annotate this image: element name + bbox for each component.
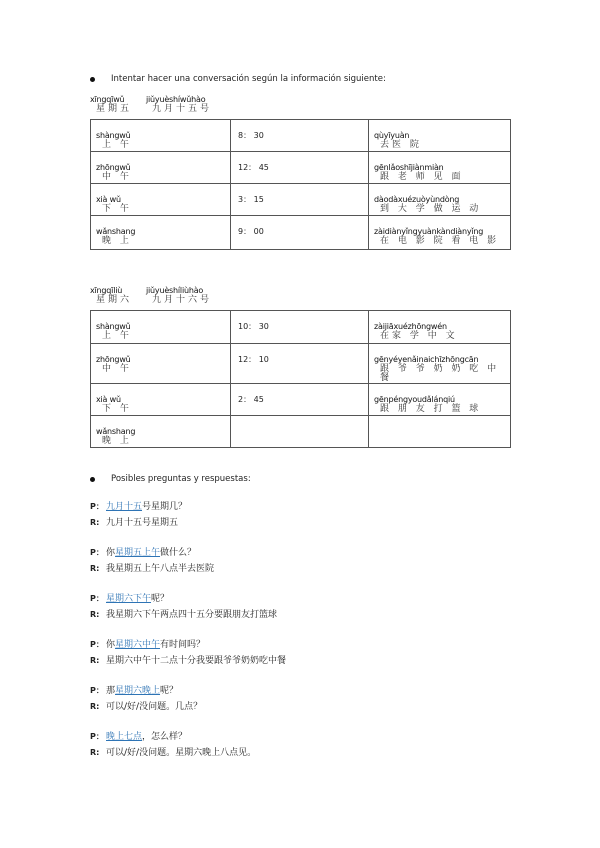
table-row: xià wǔ下 午 2： 45 gēnpéngyoudǎlánqiú跟 朋 友 … <box>91 384 511 416</box>
answer: R:星期六中午十二点十分我要跟爷爷奶奶吃中餐 <box>90 653 286 669</box>
qa-list: P：九月十五号星期几？ R:九月十五号星期五 P：你星期五上午做什么？ R:我星… <box>90 499 286 775</box>
table-row: zhōngwǔ中 午 12： 10 gēnyéyenǎinaichīzhōngc… <box>91 344 511 384</box>
activity-cell <box>369 416 511 448</box>
qa-item: P：你星期五上午做什么？ R:我星期五上午八点半去医院 <box>90 545 286 577</box>
answer: R:可以/好/没问题。几点？ <box>90 699 286 715</box>
question-link[interactable]: 九月十五 <box>106 502 142 512</box>
qa-bullet: Posibles preguntas y respuestas: <box>90 474 251 484</box>
answer: R:我星期六下午两点四十五分要跟朋友打篮球 <box>90 607 286 623</box>
activity-cell: gēnpéngyoudǎlánqiú跟 朋 友 打 篮 球 <box>369 384 511 416</box>
activity-cell: dàodàxuézuòyùndòng到 大 学 做 运 动 <box>369 184 511 216</box>
day-label: xīngqīwǔ 星期五 <box>90 96 132 114</box>
question-link[interactable]: 星期六晚上 <box>115 686 160 696</box>
question: P：那星期六晚上呢？ <box>90 683 286 699</box>
question: P：你星期五上午做什么？ <box>90 545 286 561</box>
qa-item: P：晚上七点，怎么样？ R:可以/好/没问题。星期六晚上八点见。 <box>90 729 286 761</box>
time-cell: 8： 30 <box>231 120 369 152</box>
question: P：晚上七点，怎么样？ <box>90 729 286 745</box>
period-cell: zhōngwǔ中 午 <box>91 152 231 184</box>
time-cell <box>231 416 369 448</box>
answer: R:我星期五上午八点半去医院 <box>90 561 286 577</box>
period-cell: wǎnshang晚 上 <box>91 416 231 448</box>
period-cell: zhōngwǔ中 午 <box>91 344 231 384</box>
question-link[interactable]: 星期六下午 <box>106 594 151 604</box>
activity-cell: zàijiāxuézhōngwén在家 学 中 文 <box>369 311 511 344</box>
question: P：星期六下午呢？ <box>90 591 286 607</box>
qa-item: P：星期六下午呢？ R:我星期六下午两点四十五分要跟朋友打篮球 <box>90 591 286 623</box>
answer: R:九月十五号星期五 <box>90 515 286 531</box>
table-row: wǎnshang晚 上 9： 00 zàidiànyǐngyuànkàndiàn… <box>91 216 511 250</box>
instruction-text: Intentar hacer una conversación según la… <box>111 74 386 84</box>
activity-cell: qùyīyuàn去医 院 <box>369 120 511 152</box>
instruction-bullet: Intentar hacer una conversación según la… <box>90 74 386 84</box>
table-row: xià wǔ下 午 3： 15 dàodàxuézuòyùndòng到 大 学 … <box>91 184 511 216</box>
table-row: wǎnshang晚 上 <box>91 416 511 448</box>
schedule-table-friday: shàngwǔ上 午 8： 30 qùyīyuàn去医 院 zhōngwǔ中 午… <box>90 119 511 250</box>
schedule-table-saturday: shàngwǔ上 午 10： 30 zàijiāxuézhōngwén在家 学 … <box>90 310 511 448</box>
time-cell: 12： 10 <box>231 344 369 384</box>
bullet-icon <box>90 77 95 82</box>
question: P：你星期六中午有时间吗？ <box>90 637 286 653</box>
period-cell: shàngwǔ上 午 <box>91 311 231 344</box>
question-link[interactable]: 星期六中午 <box>115 640 160 650</box>
time-cell: 10： 30 <box>231 311 369 344</box>
day-label: xīngqīliù 星期六 <box>90 287 132 305</box>
table-row: zhōngwǔ中 午 12： 45 gēnlǎoshījiànmiàn跟 老 师… <box>91 152 511 184</box>
time-cell: 2： 45 <box>231 384 369 416</box>
time-cell: 12： 45 <box>231 152 369 184</box>
answer: R:可以/好/没问题。星期六晚上八点见。 <box>90 745 286 761</box>
date-label: jiǔyuèshíliùhào 九月十六号 <box>146 287 212 305</box>
period-cell: shàngwǔ上 午 <box>91 120 231 152</box>
table-row: shàngwǔ上 午 10： 30 zàijiāxuézhōngwén在家 学 … <box>91 311 511 344</box>
activity-cell: zàidiànyǐngyuànkàndiànyǐng在 电 影 院 看 电 影 <box>369 216 511 250</box>
qa-heading: Posibles preguntas y respuestas: <box>111 474 251 484</box>
activity-cell: gēnyéyenǎinaichīzhōngcān跟 爷 爷 奶 奶 吃 中 餐 <box>369 344 511 384</box>
date-header-2: xīngqīliù 星期六 jiǔyuèshíliùhào 九月十六号 <box>90 287 212 305</box>
qa-item: P：那星期六晚上呢？ R:可以/好/没问题。几点？ <box>90 683 286 715</box>
period-cell: wǎnshang晚 上 <box>91 216 231 250</box>
date-label: jiǔyuèshíwǔhào 九月十五号 <box>146 96 212 114</box>
time-cell: 3： 15 <box>231 184 369 216</box>
table-row: shàngwǔ上 午 8： 30 qùyīyuàn去医 院 <box>91 120 511 152</box>
period-cell: xià wǔ下 午 <box>91 184 231 216</box>
qa-item: P：九月十五号星期几？ R:九月十五号星期五 <box>90 499 286 531</box>
question: P：九月十五号星期几？ <box>90 499 286 515</box>
time-cell: 9： 00 <box>231 216 369 250</box>
question-link[interactable]: 星期五上午 <box>115 548 160 558</box>
question-link[interactable]: 晚上七点 <box>106 732 142 742</box>
qa-item: P：你星期六中午有时间吗？ R:星期六中午十二点十分我要跟爷爷奶奶吃中餐 <box>90 637 286 669</box>
activity-cell: gēnlǎoshījiànmiàn跟 老 师 见 面 <box>369 152 511 184</box>
period-cell: xià wǔ下 午 <box>91 384 231 416</box>
date-header-1: xīngqīwǔ 星期五 jiǔyuèshíwǔhào 九月十五号 <box>90 96 212 114</box>
bullet-icon <box>90 477 95 482</box>
